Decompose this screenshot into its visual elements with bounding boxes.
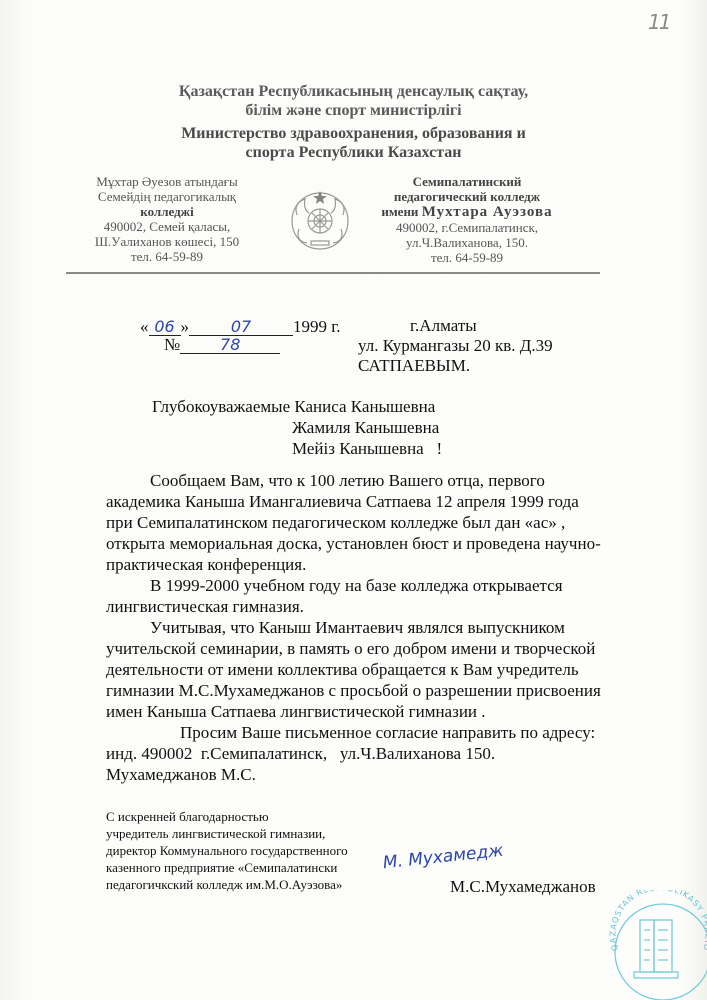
body-paragraph: Сообщаем Вам, что к 100 летию Вашего отц… <box>106 470 606 575</box>
letterhead-left-line: Семейдің педагогикалық <box>62 189 272 204</box>
letterhead-divider <box>66 272 600 274</box>
closing-line: педагогичкский колледж им.М.О.Ауэзова» <box>106 876 396 893</box>
number-label: № <box>164 335 180 354</box>
greeting-prefix: Глубокоуважаемые <box>152 397 290 416</box>
closing-line: С искренней благодарностью <box>106 808 396 825</box>
date-open-quote: « <box>140 317 149 336</box>
letterhead-left-kz: Мұхтар Әуезов атындағы Семейдің педагоги… <box>62 174 272 264</box>
recipient-city: г.Алматы <box>358 316 553 336</box>
closing-line: учредитель лингвистической гимназии, <box>106 825 396 842</box>
ministry-name-kz: Қазақстан Республикасының денсаулық сақт… <box>0 82 707 120</box>
letterhead-right-phone: тел. 64-59-89 <box>362 250 572 265</box>
date-year: 1999 г. <box>293 317 341 336</box>
letterhead-left-address: 490002, Семей қаласы, <box>62 219 272 234</box>
greeting-name: Жамиля Канышевна <box>152 417 442 438</box>
ministry-ru-line-2: спорта Республики Казахстан <box>0 143 707 162</box>
recipient-address: г.Алматы ул. Курмангазы 20 кв. Д.39 САТП… <box>358 316 553 376</box>
closing-line: директор Коммунального государственного <box>106 842 396 859</box>
ministry-name-ru: Министерство здравоохранения, образовани… <box>0 124 707 162</box>
body-paragraph: Учитывая, что Каныш Имантаевич являлся в… <box>106 617 606 722</box>
letterhead-left-address: Ш.Уалиханов көшесі, 150 <box>62 234 272 249</box>
return-address-line: инд. 490002 г.Семипалатинск, ул.Ч.Валиха… <box>106 743 606 764</box>
letter-body: Сообщаем Вам, что к 100 летию Вашего отц… <box>106 470 606 785</box>
letterhead-right-name: Мухтара Ауэзова <box>422 204 553 220</box>
number-value: 78 <box>180 336 280 354</box>
letterhead-left-bold: колледжі <box>140 204 193 219</box>
letterhead-right-line: педагогический колледж <box>394 189 540 204</box>
greeting-name: Мейіз Канышевна ! <box>152 438 442 459</box>
letter-number: №78 <box>164 334 280 355</box>
ministry-ru-line-1: Министерство здравоохранения, образовани… <box>0 124 707 143</box>
svg-text:QAZAQSTAN RESPYBLIKASY PREZIDE: QAZAQSTAN RESPYBLIKASY PREZIDENTINIŃ <box>608 890 707 952</box>
signer-name: М.С.Мухамеджанов <box>450 876 596 897</box>
body-paragraph: Просим Ваше письменное согласие направит… <box>106 722 606 743</box>
recipient-street: ул. Курмангазы 20 кв. Д.39 <box>358 336 553 356</box>
greeting-name: Каниса Канышевна <box>294 397 435 416</box>
greeting: Глубокоуважаемые Каниса Канышевна Жамиля… <box>152 396 442 459</box>
letterhead-right-name-prefix: имени <box>381 204 418 219</box>
ministry-kz-line-2: білім және спорт министірлігі <box>0 101 707 120</box>
letterhead-right-address: 490002, г.Семипалатинск, <box>362 220 572 235</box>
state-emblem-icon <box>285 185 355 255</box>
archive-stamp-icon: QAZAQSTAN RESPYBLIKASY PREZIDENTINIŃ <box>608 890 707 1000</box>
closing-block: С искренней благодарностью учредитель ли… <box>106 808 396 893</box>
page-number: 11 <box>648 10 669 34</box>
ministry-kz-line-1: Қазақстан Республикасының денсаулық сақт… <box>0 82 707 101</box>
closing-line: казенного предприятие «Семипалатински <box>106 859 396 876</box>
letterhead-left-phone: тел. 64-59-89 <box>62 249 272 264</box>
letterhead-right-line: Семипалатинский <box>413 174 522 189</box>
letterhead-left-line: Мұхтар Әуезов атындағы <box>62 174 272 189</box>
recipient-addressee: САТПАЕВЫМ. <box>358 356 553 376</box>
body-paragraph: В 1999-2000 учебном году на базе колледж… <box>106 575 606 617</box>
letterhead-right-ru: Семипалатинский педагогический колледж и… <box>362 174 572 265</box>
letterhead-right-address: ул.Ч.Валиханова, 150. <box>362 235 572 250</box>
return-address-name: Мухамеджанов М.С. <box>106 764 606 785</box>
